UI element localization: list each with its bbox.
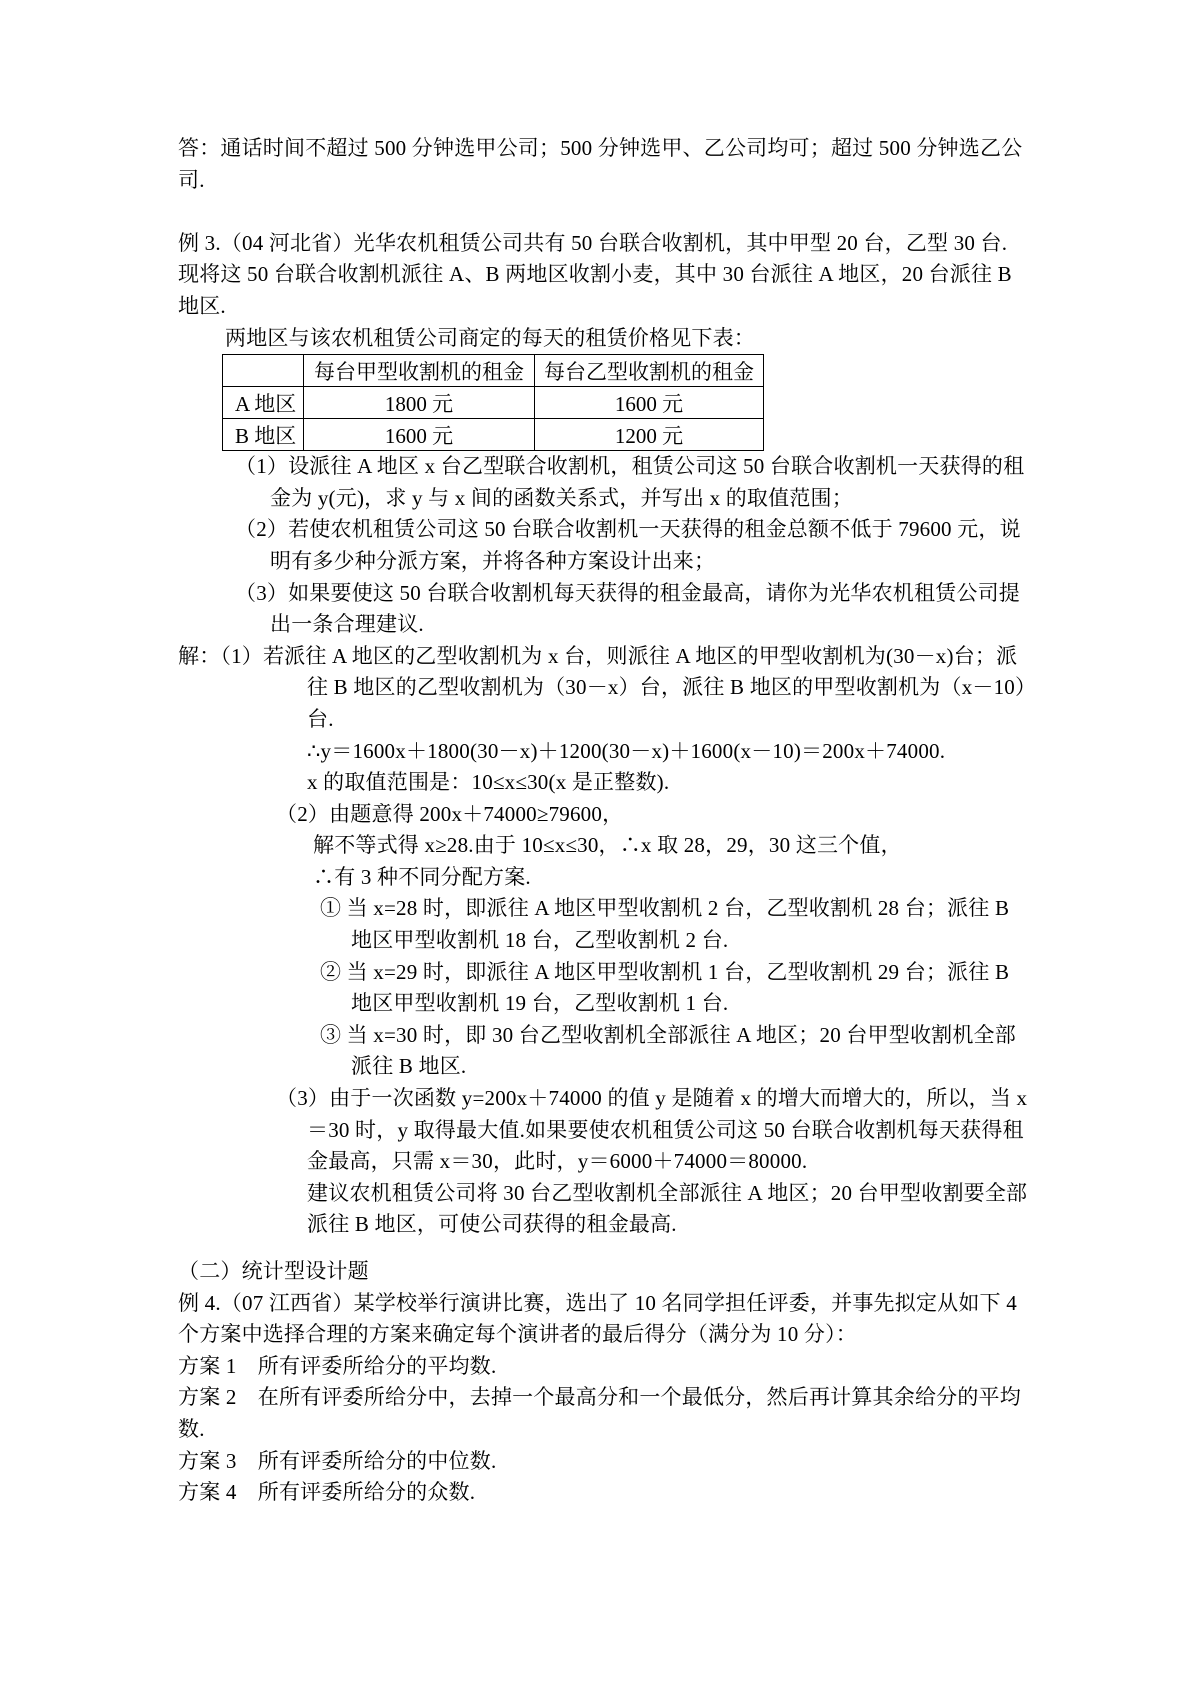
table-row-region-b: B 地区 1600 元 1200 元 — [223, 419, 764, 451]
text-line: 明有多少种分派方案，并将各种方案设计出来； — [178, 546, 1108, 578]
table-header-empty — [223, 355, 304, 387]
text-line: 答：通话时间不超过 500 分钟选甲公司；500 分钟选甲、乙公司均可；超过 5… — [178, 133, 1108, 165]
text-line: 地区甲型收割机 18 台，乙型收割机 2 台. — [178, 925, 1108, 957]
table-cell-region-a: A 地区 — [223, 387, 304, 419]
text-line: 解：（1）若派往 A 地区的乙型收割机为 x 台，则派往 A 地区的甲型收割机为… — [178, 641, 1108, 673]
text-line: 例 3.（04 河北省）光华农机租赁公司共有 50 台联合收割机，其中甲型 20… — [178, 228, 1108, 260]
text-line: ③ 当 x=30 时，即 30 台乙型收割机全部派往 A 地区；20 台甲型收割… — [178, 1020, 1108, 1052]
text-line: 方案 1 所有评委所给分的平均数. — [178, 1351, 1108, 1383]
table-cell-b-yi-rent: 1200 元 — [535, 419, 764, 451]
text-line: 方案 4 所有评委所给分的众数. — [178, 1477, 1108, 1509]
table-header-yi-rent: 每台乙型收割机的租金 — [535, 355, 764, 387]
text-line: （3）如果要使这 50 台联合收割机每天获得的租金最高，请你为光华农机租赁公司提 — [178, 578, 1108, 610]
text-line: 方案 2 在所有评委所给分中，去掉一个最高分和一个最低分，然后再计算其余给分的平… — [178, 1382, 1108, 1414]
table-cell-a-jia-rent: 1800 元 — [304, 387, 535, 419]
text-line: 现将这 50 台联合收割机派往 A、B 两地区收割小麦，其中 30 台派往 A … — [178, 259, 1108, 291]
table-header-row: 每台甲型收割机的租金 每台乙型收割机的租金 — [223, 355, 764, 387]
text-line: ① 当 x=28 时，即派往 A 地区甲型收割机 2 台，乙型收割机 28 台；… — [178, 893, 1108, 925]
text-line: 例 4.（07 江西省）某学校举行演讲比赛，选出了 10 名同学担任评委，并事先… — [178, 1288, 1108, 1320]
text-line: （二）统计型设计题 — [178, 1256, 1108, 1288]
text-block-before-table: 答：通话时间不超过 500 分钟选甲公司；500 分钟选甲、乙公司均可；超过 5… — [178, 133, 1108, 354]
text-line: 台. — [178, 704, 1108, 736]
table-row-region-a: A 地区 1800 元 1600 元 — [223, 387, 764, 419]
text-line: 往 B 地区的乙型收割机为（30－x）台，派往 B 地区的甲型收割机为（x－10… — [178, 672, 1108, 704]
text-line: x 的取值范围是：10≤x≤30(x 是正整数). — [178, 767, 1108, 799]
blank-line — [178, 196, 1108, 228]
text-block-after-table: （1）设派往 A 地区 x 台乙型联合收割机，租赁公司这 50 台联合收割机一天… — [178, 451, 1108, 1509]
document-page: { "page": { "background": "#ffffff", "te… — [0, 0, 1191, 1684]
text-line: （2）由题意得 200x＋74000≥79600， — [178, 799, 1108, 831]
text-line: 金最高，只需 x＝30，此时，y＝6000＋74000＝80000. — [178, 1146, 1108, 1178]
text-line: 派往 B 地区. — [178, 1051, 1108, 1083]
text-line: ∴y＝1600x＋1800(30－x)＋1200(30－x)＋1600(x－10… — [178, 736, 1108, 768]
table-cell-a-yi-rent: 1600 元 — [535, 387, 764, 419]
text-line: （3）由于一次函数 y=200x＋74000 的值 y 是随着 x 的增大而增大… — [178, 1083, 1108, 1115]
blank-line — [178, 1241, 1108, 1256]
text-line: 地区. — [178, 291, 1108, 323]
text-line: （1）设派往 A 地区 x 台乙型联合收割机，租赁公司这 50 台联合收割机一天… — [178, 451, 1108, 483]
text-line: 金为 y(元)，求 y 与 x 间的函数关系式，并写出 x 的取值范围； — [178, 483, 1108, 515]
text-line: 建议农机租赁公司将 30 台乙型收割机全部派往 A 地区；20 台甲型收割要全部 — [178, 1178, 1108, 1210]
text-line: ＝30 时，y 取得最大值.如果要使农机租赁公司这 50 台联合收割机每天获得租 — [178, 1115, 1108, 1147]
text-line: 两地区与该农机租赁公司商定的每天的租赁价格见下表： — [178, 323, 1108, 355]
table-header-jia-rent: 每台甲型收割机的租金 — [304, 355, 535, 387]
text-line: 解不等式得 x≥28.由于 10≤x≤30，∴x 取 28，29，30 这三个值… — [178, 830, 1108, 862]
text-line: 地区甲型收割机 19 台，乙型收割机 1 台. — [178, 988, 1108, 1020]
table-cell-region-b: B 地区 — [223, 419, 304, 451]
rental-price-table: 每台甲型收割机的租金 每台乙型收割机的租金 A 地区 1800 元 1600 元… — [222, 354, 764, 451]
page-content: 答：通话时间不超过 500 分钟选甲公司；500 分钟选甲、乙公司均可；超过 5… — [178, 133, 1108, 1509]
text-line: 方案 3 所有评委所给分的中位数. — [178, 1446, 1108, 1478]
text-line: （2）若使农机租赁公司这 50 台联合收割机一天获得的租金总额不低于 79600… — [178, 514, 1108, 546]
text-line: ∴有 3 种不同分配方案. — [178, 862, 1108, 894]
text-line: 数. — [178, 1414, 1108, 1446]
table-cell-b-jia-rent: 1600 元 — [304, 419, 535, 451]
text-line: 个方案中选择合理的方案来确定每个演讲者的最后得分（满分为 10 分）： — [178, 1319, 1108, 1351]
text-line: 派往 B 地区，可使公司获得的租金最高. — [178, 1209, 1108, 1241]
text-line: 司. — [178, 165, 1108, 197]
text-line: 出一条合理建议. — [178, 609, 1108, 641]
text-line: ② 当 x=29 时，即派往 A 地区甲型收割机 1 台，乙型收割机 29 台；… — [178, 957, 1108, 989]
